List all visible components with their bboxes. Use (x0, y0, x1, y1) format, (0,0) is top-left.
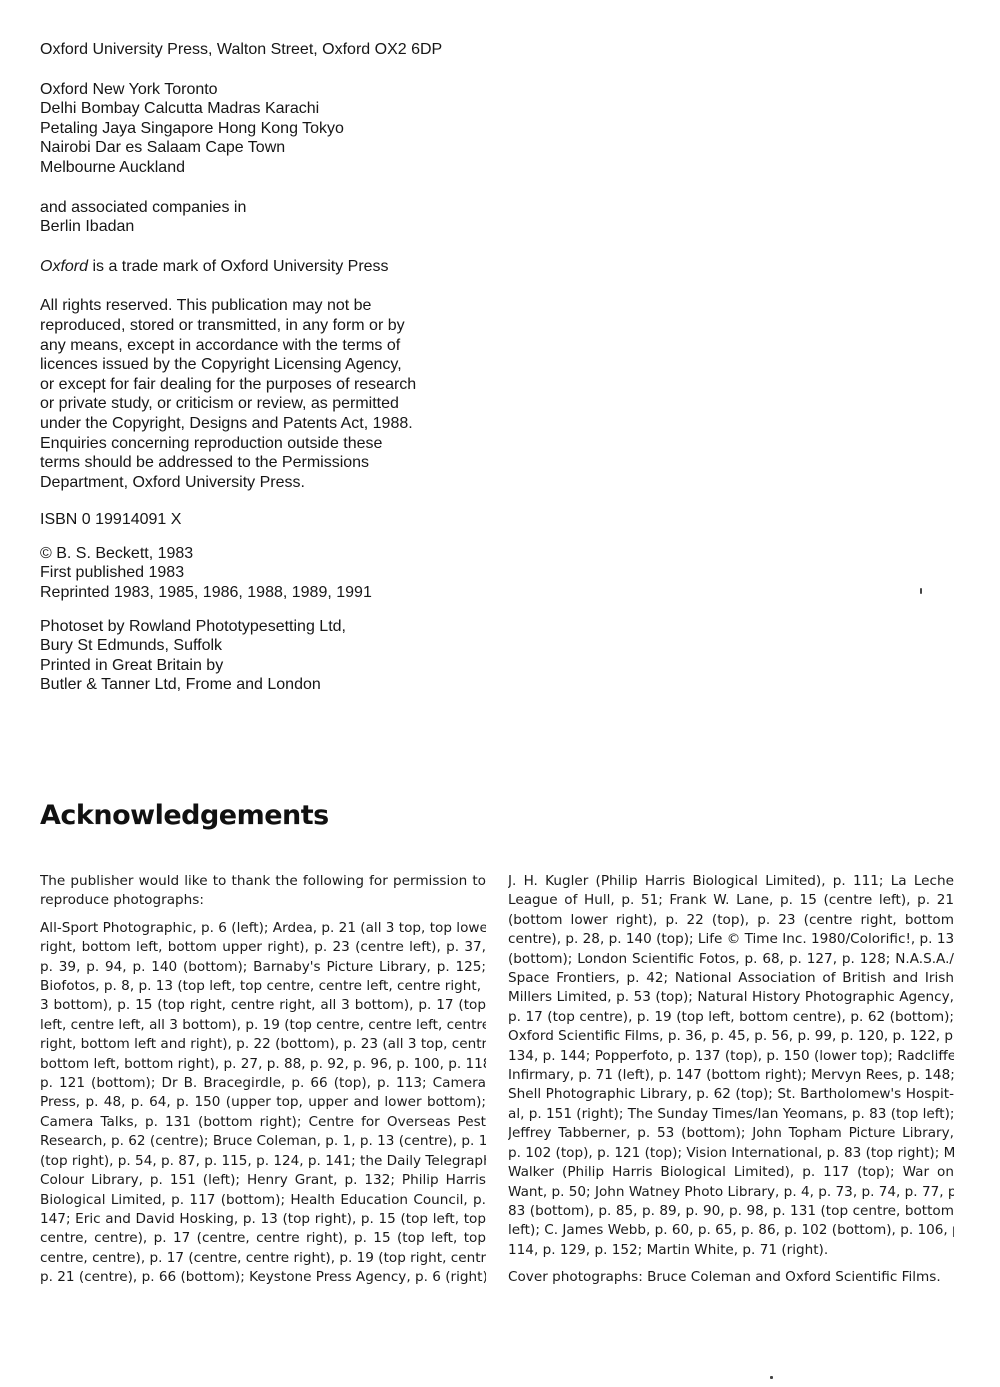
rights-line: Department, Oxford University Press. (40, 473, 500, 493)
cities-line: Petaling Jaya Singapore Hong Kong Tokyo (40, 119, 500, 139)
copyright-line: Reprinted 1983, 1985, 1986, 1988, 1989, … (40, 583, 500, 603)
credit-line: Infirmary, p. 71 (left), p. 147 (bottom … (508, 1066, 954, 1085)
acknowledgements-left-column: The publisher would like to thank the fo… (40, 872, 486, 1296)
credit-line: Research, p. 62 (centre); Bruce Coleman,… (40, 1132, 486, 1151)
credit-line: left, centre left, all 3 bottom), p. 19 … (40, 1016, 486, 1035)
associated-companies: and associated companies in Berlin Ibada… (40, 198, 500, 237)
associated-line: Berlin Ibadan (40, 217, 500, 237)
rights-line: or except for fair dealing for the purpo… (40, 375, 500, 395)
photo-credits-right: J. H. Kugler (Philip Harris Biological L… (508, 872, 954, 1260)
rights-line: any means, except in accordance with the… (40, 336, 500, 356)
credit-line: p. 39, p. 94, p. 140 (bottom); Barnaby's… (40, 958, 486, 977)
production-line: Butler & Tanner Ltd, Frome and London (40, 675, 500, 695)
credit-line: Colour Library, p. 151 (left); Henry Gra… (40, 1171, 486, 1190)
credit-line: League of Hull, p. 51; Frank W. Lane, p.… (508, 891, 954, 910)
publisher-address-block: Oxford University Press, Walton Street, … (40, 40, 500, 60)
copyright-block: © B. S. Beckett, 1983 First published 19… (40, 544, 500, 603)
credit-line: Want, p. 50; John Watney Photo Library, … (508, 1183, 954, 1202)
scan-speck (770, 1376, 773, 1379)
credit-line: p. 17 (top centre), p. 19 (top left, bot… (508, 1008, 954, 1027)
credit-line: 83 (bottom), p. 85, p. 89, p. 90, p. 98,… (508, 1202, 954, 1221)
credit-line: All-Sport Photographic, p. 6 (left); Ard… (40, 919, 486, 938)
credit-line: Walker (Philip Harris Biological Limited… (508, 1163, 954, 1182)
production-line: Bury St Edmunds, Suffolk (40, 636, 500, 656)
production-line: Printed in Great Britain by (40, 656, 500, 676)
isbn-block: ISBN 0 19914091 X (40, 510, 500, 530)
credit-line: Space Frontiers, p. 42; National Associa… (508, 969, 954, 988)
trademark-text: is a trade mark of Oxford University Pre… (88, 258, 389, 275)
rights-line: terms should be addressed to the Permiss… (40, 453, 500, 473)
credit-line: Biofotos, p. 8, p. 13 (top left, top cen… (40, 977, 486, 996)
photo-credits-left: All-Sport Photographic, p. 6 (left); Ard… (40, 919, 486, 1288)
credit-line: right, bottom left and right), p. 22 (bo… (40, 1035, 486, 1054)
rights-line: Enquiries concerning reproduction outsid… (40, 434, 500, 454)
acknowledgements-right-column: J. H. Kugler (Philip Harris Biological L… (508, 872, 954, 1296)
associated-line: and associated companies in (40, 198, 500, 218)
credit-line: Shell Photographic Library, p. 62 (top);… (508, 1085, 954, 1104)
credit-line: p. 121 (bottom); Dr B. Bracegirdle, p. 6… (40, 1074, 486, 1093)
production-line: Photoset by Rowland Phototypesetting Ltd… (40, 617, 500, 637)
cities-line: Melbourne Auckland (40, 158, 500, 178)
cities-line: Delhi Bombay Calcutta Madras Karachi (40, 99, 500, 119)
rights-line: reproduced, stored or transmitted, in an… (40, 316, 500, 336)
publisher-address: Oxford University Press, Walton Street, … (40, 40, 500, 60)
acknowledgements-heading: Acknowledgements (40, 800, 329, 831)
credit-line: right, bottom left, bottom upper right),… (40, 938, 486, 957)
credit-line: p. 21 (centre), p. 66 (bottom); Keystone… (40, 1268, 486, 1287)
credit-line: (bottom); London Scientific Fotos, p. 68… (508, 950, 954, 969)
credit-line: Jeffrey Tabberner, p. 53 (bottom); John … (508, 1124, 954, 1143)
credit-line: centre, centre), p. 17 (centre, centre r… (40, 1229, 486, 1248)
isbn: ISBN 0 19914091 X (40, 510, 500, 530)
credit-line: Oxford Scientific Films, p. 36, p. 45, p… (508, 1027, 954, 1046)
acknowledgements-intro: The publisher would like to thank the fo… (40, 872, 486, 911)
credit-line: 134, p. 144; Popperfoto, p. 137 (top), p… (508, 1047, 954, 1066)
rights-line: or private study, or criticism or review… (40, 394, 500, 414)
credit-line: (bottom lower right), p. 22 (top), p. 23… (508, 911, 954, 930)
credit-line: (top right), p. 54, p. 87, p. 115, p. 12… (40, 1152, 486, 1171)
cities-list: Oxford New York Toronto Delhi Bombay Cal… (40, 80, 500, 178)
credit-line: left); C. James Webb, p. 60, p. 65, p. 8… (508, 1221, 954, 1240)
imprint-block: Oxford University Press, Walton Street, … (40, 40, 500, 695)
credit-line: Press, p. 48, p. 64, p. 150 (upper top, … (40, 1093, 486, 1112)
credit-line: Biological Limited, p. 117 (bottom); Hea… (40, 1191, 486, 1210)
rights-notice: All rights reserved. This publication ma… (40, 296, 500, 492)
cover-credit: Cover photographs: Bruce Coleman and Oxf… (508, 1268, 954, 1287)
credit-line: J. H. Kugler (Philip Harris Biological L… (508, 872, 954, 891)
production-block: Photoset by Rowland Phototypesetting Ltd… (40, 617, 500, 695)
credit-line: p. 102 (top), p. 121 (top); Vision Inter… (508, 1144, 954, 1163)
credit-line: centre), p. 28, p. 140 (top); Life © Tim… (508, 930, 954, 949)
credit-line: 147; Eric and David Hosking, p. 13 (top … (40, 1210, 486, 1229)
copyright-line: © B. S. Beckett, 1983 (40, 544, 500, 564)
credit-line: centre, centre), p. 17 (centre, centre r… (40, 1249, 486, 1268)
copyright-page: Oxford University Press, Walton Street, … (0, 0, 1000, 1387)
rights-line: under the Copyright, Designs and Patents… (40, 414, 500, 434)
credit-line: Camera Talks, p. 131 (bottom right); Cen… (40, 1113, 486, 1132)
credit-line: bottom left, bottom right), p. 27, p. 88… (40, 1055, 486, 1074)
cities-line: Nairobi Dar es Salaam Cape Town (40, 138, 500, 158)
rights-line: All rights reserved. This publication ma… (40, 296, 500, 316)
scan-speck (920, 588, 922, 594)
credit-line: Millers Limited, p. 53 (top); Natural Hi… (508, 988, 954, 1007)
credit-line: al, p. 151 (right); The Sunday Times/Ian… (508, 1105, 954, 1124)
credit-line: 114, p. 129, p. 152; Martin White, p. 71… (508, 1241, 954, 1260)
cities-line: Oxford New York Toronto (40, 80, 500, 100)
trademark-word: Oxford (40, 258, 88, 275)
copyright-line: First published 1983 (40, 563, 500, 583)
rights-line: licences issued by the Copyright Licensi… (40, 355, 500, 375)
credit-line: 3 bottom), p. 15 (top right, centre righ… (40, 996, 486, 1015)
trademark-notice: Oxford is a trade mark of Oxford Univers… (40, 257, 500, 277)
